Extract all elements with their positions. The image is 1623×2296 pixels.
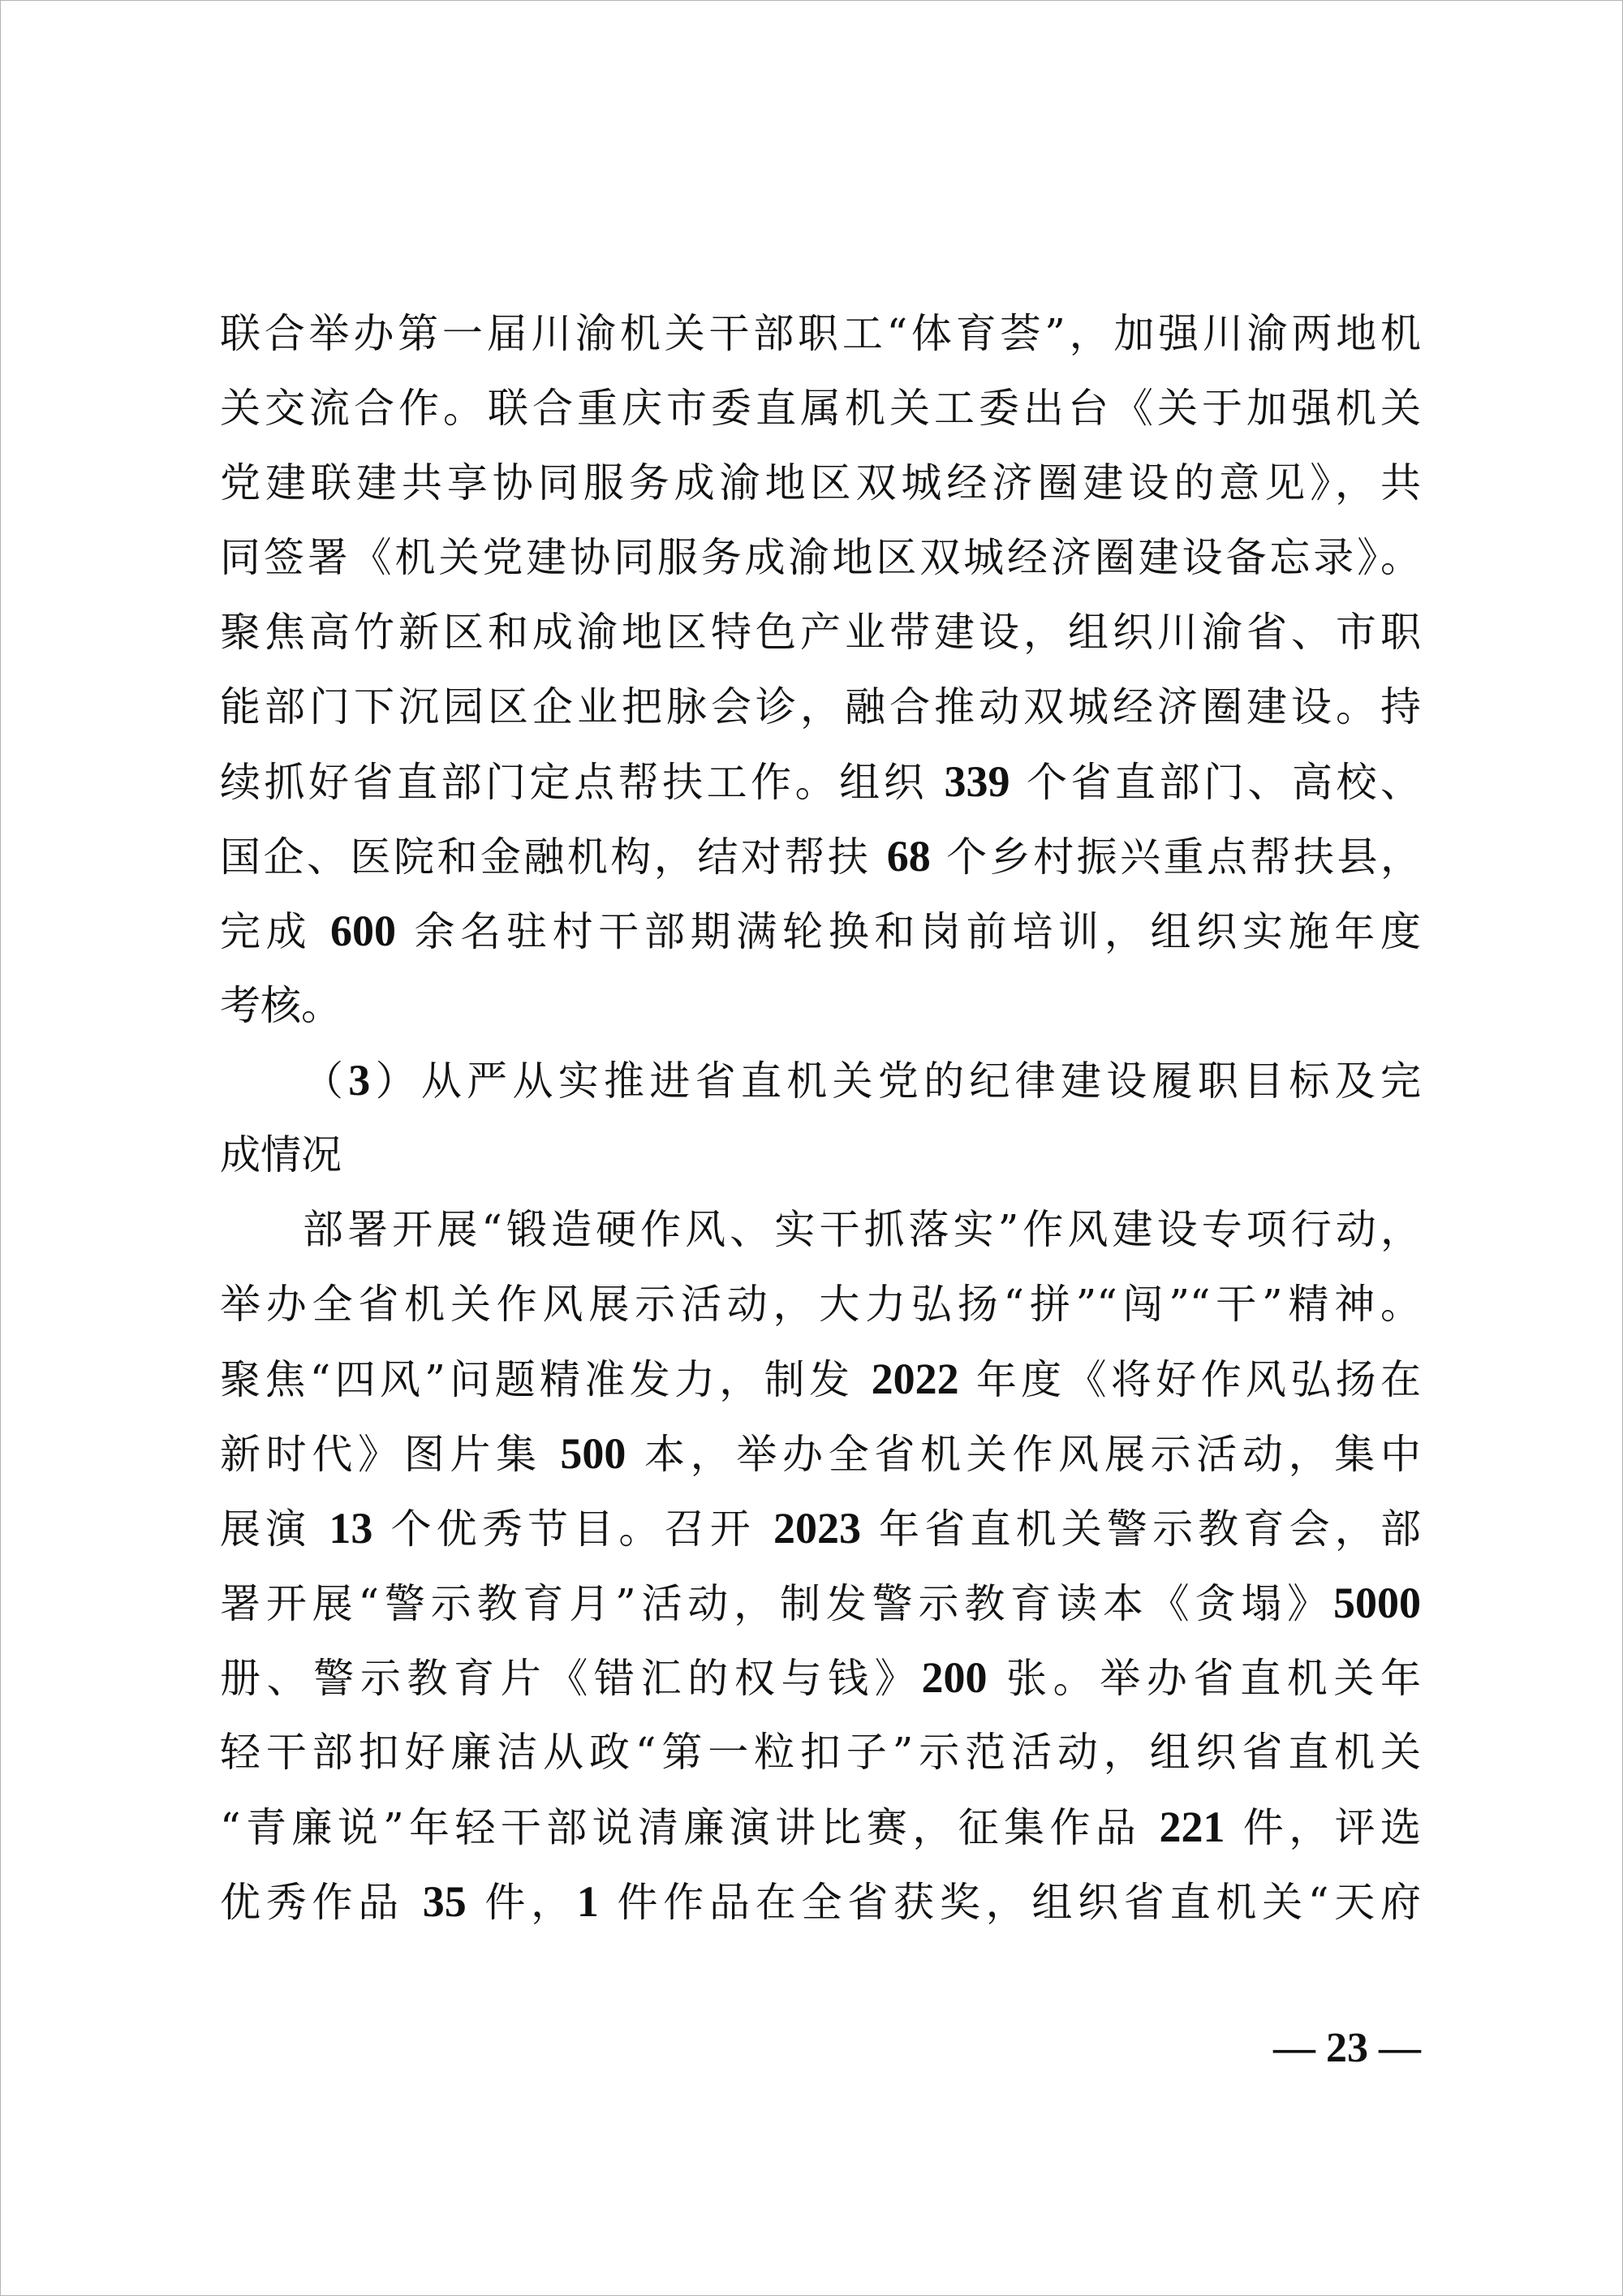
text-line: 关交流合作。联合重庆市委直属机关工委出台《关于加强机关 (220, 376, 1421, 441)
text-line: 同签署《机关党建协同服务成渝地区双城经济圈建设备忘录》。 (220, 525, 1421, 590)
text-line: “青廉说”年轻干部说清廉演讲比赛，征集作品 221 件，评选 (220, 1794, 1421, 1859)
text-span: 个优秀节目。召开 (372, 1506, 773, 1553)
text-span: 署开展“警示教育月”活动，制发警示教育读本《贪塌》 (220, 1580, 1333, 1627)
text-span: 年省直机关警示教育会，部 (861, 1506, 1421, 1553)
text-span: 考核。 (220, 982, 342, 1029)
text-span: 国企、医院和金融机构，结对帮扶 (220, 834, 887, 881)
text-span: 展演 (220, 1506, 329, 1553)
text-line: 完成 600 余名驻村干部期满轮换和岗前培训，组织实施年度 (220, 898, 1421, 963)
text-span: 件作品在全省获奖，组织省直机关“天府 (599, 1879, 1421, 1926)
section-heading-line: 成情况 (220, 1122, 1421, 1187)
text-span: 成情况 (220, 1131, 342, 1178)
text-span: 能部门下沉园区企业把脉会诊，融合推动双城经济圈建设。持 (220, 683, 1421, 730)
text-line: 署开展“警示教育月”活动，制发警示教育读本《贪塌》5000 (220, 1570, 1421, 1635)
bold-number: 600 (330, 907, 396, 955)
text-span: 关交流合作。联合重庆市委直属机关工委出台《关于加强机关 (220, 385, 1421, 432)
text-span: 优秀作品 (220, 1879, 423, 1926)
text-span: 续抓好省直部门定点帮扶工作。组织 (220, 759, 945, 806)
text-line: 能部门下沉园区企业把脉会诊，融合推动双城经济圈建设。持 (220, 674, 1421, 739)
bold-number: 2022 (872, 1355, 959, 1403)
bold-number: 1 (577, 1877, 599, 1926)
document-page: 联合举办第一届川渝机关干部职工“体育荟”，加强川渝两地机 关交流合作。联合重庆市… (0, 0, 1623, 2296)
text-line: 国企、医院和金融机构，结对帮扶 68 个乡村振兴重点帮扶县， (220, 824, 1421, 889)
text-span: 部署开展“锻造硬作风、实干抓落实”作风建设专项行动， (303, 1206, 1421, 1253)
text-span: ）从严从实推进省直机关党的纪律建设履职目标及完 (370, 1058, 1421, 1105)
bold-number: 35 (423, 1877, 467, 1926)
text-line: 聚焦“四风”问题精准发力，制发 2022 年度《将好作风弘扬在 (220, 1346, 1421, 1411)
text-span: 举办全省机关作风展示活动，大力弘扬“拼”“闯”“干”精神。 (220, 1281, 1421, 1328)
text-line: 举办全省机关作风展示活动，大力弘扬“拼”“闯”“干”精神。 (220, 1272, 1421, 1337)
text-line: 聚焦高竹新区和成渝地区特色产业带建设，组织川渝省、市职 (220, 600, 1421, 665)
bold-number: 3 (348, 1056, 370, 1105)
text-line: 轻干部扣好廉洁从政“第一粒扣子”示范活动，组织省直机关 (220, 1720, 1421, 1785)
text-line: 联合举办第一届川渝机关干部职工“体育荟”，加强川渝两地机 (220, 301, 1421, 366)
text-span: 张。举办省直机关年 (987, 1655, 1421, 1702)
text-span: 聚焦高竹新区和成渝地区特色产业带建设，组织川渝省、市职 (220, 609, 1421, 656)
text-span: 党建联建共享协同服务成渝地区双城经济圈建设的意见》，共 (220, 459, 1421, 506)
text-span: 个省直部门、高校、 (1010, 759, 1421, 806)
text-line: 展演 13 个优秀节目。召开 2023 年省直机关警示教育会，部 (220, 1496, 1421, 1561)
text-line: 部署开展“锻造硬作风、实干抓落实”作风建设专项行动， (303, 1197, 1421, 1262)
text-span: 聚焦“四风”问题精准发力，制发 (220, 1356, 872, 1403)
text-span: 轻干部扣好廉洁从政“第一粒扣子”示范活动，组织省直机关 (220, 1729, 1421, 1776)
bold-number: 339 (945, 757, 1010, 806)
text-span: 本，举办全省机关作风展示活动，集中 (626, 1431, 1421, 1478)
text-line: 册、警示教育片《错汇的权与钱》200 张。举办省直机关年 (220, 1645, 1421, 1710)
bold-number: 68 (887, 832, 931, 881)
text-span: “青廉说”年轻干部说清廉演讲比赛，征集作品 (220, 1804, 1160, 1851)
text-line: 新时代》图片集 500 本，举办全省机关作风展示活动，集中 (220, 1421, 1421, 1486)
text-line: 续抓好省直部门定点帮扶工作。组织 339 个省直部门、高校、 (220, 749, 1421, 814)
page-number: — 23 — (1267, 2020, 1421, 2077)
text-span: 联合举办第一届川渝机关干部职工“体育荟”，加强川渝两地机 (220, 310, 1421, 357)
text-span: 余名驻村干部期满轮换和岗前培训，组织实施年度 (396, 908, 1421, 955)
text-line: 党建联建共享协同服务成渝地区双城经济圈建设的意见》，共 (220, 450, 1421, 515)
bold-number: 500 (560, 1429, 626, 1478)
text-span: 年度《将好作风弘扬在 (959, 1356, 1421, 1403)
text-span: 新时代》图片集 (220, 1431, 560, 1478)
bold-number: 221 (1160, 1803, 1225, 1851)
bold-number: 2023 (773, 1504, 861, 1553)
bold-number: 200 (921, 1653, 987, 1702)
bold-number: 5000 (1333, 1579, 1421, 1627)
text-line: 优秀作品 35 件，1 件作品在全省获奖，组织省直机关“天府 (220, 1869, 1421, 1934)
section-heading-line: （3）从严从实推进省直机关党的纪律建设履职目标及完 (303, 1048, 1421, 1113)
text-span: 件， (467, 1879, 577, 1926)
text-span: 册、警示教育片《错汇的权与钱》 (220, 1655, 921, 1702)
text-span: 同签署《机关党建协同服务成渝地区双城经济圈建设备忘录》。 (220, 534, 1421, 581)
text-span: 件，评选 (1225, 1804, 1421, 1851)
bold-number: 13 (329, 1504, 372, 1553)
text-span: （ (303, 1058, 348, 1105)
text-span: 完成 (220, 908, 330, 955)
text-span: 个乡村振兴重点帮扶县， (931, 834, 1421, 881)
text-line: 考核。 (220, 973, 1421, 1038)
